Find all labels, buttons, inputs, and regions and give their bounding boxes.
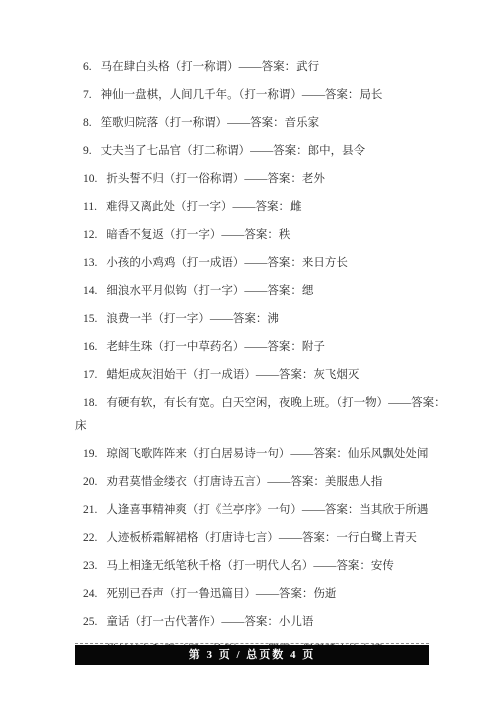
riddle-item: 9.丈夫当了七品官（打二称谓）——答案：郎中，县令 [75,140,429,163]
riddle-item: 20.劝君莫惜金缕衣（打唐诗五言）——答案：美服患人指 [75,471,429,494]
riddle-text: 笙歌归院落（打一称谓）——答案：音乐家 [101,117,320,129]
riddle-text: 童话（打一古代著作）——答案：小儿语 [106,616,313,628]
riddle-item: 17.蜡炬成灰泪始干（打一成语）——答案：灰飞烟灭 [75,364,429,387]
riddle-item: 13.小孩的小鸡鸡（打一成语）——答案：来日方长 [75,252,429,275]
riddle-number: 6. [83,56,92,79]
riddle-text: 有硬有软，有长有宽。白天空闲，夜晚上班。（打一物）——答案： [106,397,445,409]
riddle-number: 10. [83,168,97,191]
riddle-number: 13. [83,252,97,275]
riddle-text: 丈夫当了七品官（打二称谓）——答案：郎中，县令 [101,145,366,157]
riddle-text: 神仙一盘棋，人间几千年。（打一称谓）——答案：局长 [101,89,383,101]
riddle-number: 23. [83,555,97,578]
riddle-text: 老蚌生珠（打一中草药名）——答案：附子 [106,341,325,353]
riddle-item: 6.马在肆白头格（打一称谓）——答案：武行 [75,56,429,79]
riddle-item: 18.有硬有软，有长有宽。白天空闲，夜晚上班。（打一物）——答案：床 [75,392,429,438]
riddle-list: 6.马在肆白头格（打一称谓）——答案：武行 7.神仙一盘棋，人间几千年。（打一称… [75,56,429,667]
riddle-item: 11.难得又离此处（打一字）——答案：雌 [75,196,429,219]
document-page: 6.马在肆白头格（打一称谓）——答案：武行 7.神仙一盘棋，人间几千年。（打一称… [0,0,500,707]
riddle-text: 暗香不复返（打一字）——答案：秩 [106,229,290,241]
riddle-number: 7. [83,84,92,107]
riddle-text: 死别已吞声（打一鲁迅篇目）——答案：伤逝 [106,588,336,600]
riddle-item: 8.笙歌归院落（打一称谓）——答案：音乐家 [75,112,429,135]
riddle-item: 21.人逢喜事精神爽（打《兰亭序》一句）——答案：当其欣于所遇 [75,499,429,522]
riddle-number: 16. [83,336,97,359]
riddle-number: 22. [83,527,97,550]
riddle-number: 24. [83,583,97,606]
riddle-text: 难得又离此处（打一字）——答案：雌 [106,201,302,213]
riddle-text-wrap: 床 [75,415,429,438]
riddle-number: 19. [83,443,97,466]
riddle-number: 12. [83,224,97,247]
riddle-item: 16.老蚌生珠（打一中草药名）——答案：附子 [75,336,429,359]
riddle-item: 25.童话（打一古代著作）——答案：小儿语 [75,611,429,634]
page-number-text: 第 3 页 / 总页数 4 页 [189,649,316,661]
riddle-text: 劝君莫惜金缕衣（打唐诗五言）——答案：美服患人指 [106,476,382,488]
riddle-item: 12.暗香不复返（打一字）——答案：秩 [75,224,429,247]
riddle-item: 19.琼阁飞歌阵阵来（打白居易诗一句）——答案：仙乐风飘处处闻 [75,443,429,466]
riddle-number: 21. [83,499,97,522]
riddle-text: 马在肆白头格（打一称谓）——答案：武行 [101,61,320,73]
riddle-item: 15.浪费一半（打一字）——答案：沸 [75,308,429,331]
riddle-item: 23.马上相逢无纸笔秋千格（打一明代人名）——答案：安传 [75,555,429,578]
riddle-item: 7.神仙一盘棋，人间几千年。（打一称谓）——答案：局长 [75,84,429,107]
riddle-item: 10.折头誓不归（打一俗称谓）——答案：老外 [75,168,429,191]
riddle-number: 15. [83,308,97,331]
riddle-item: 22.人迹板桥霜解裙格（打唐诗七言）——答案：一行白鹭上青天 [75,527,429,550]
riddle-number: 17. [83,364,97,387]
riddle-text: 蜡炬成灰泪始干（打一成语）——答案：灰飞烟灭 [106,369,359,381]
riddle-number: 18. [83,392,97,415]
riddle-text: 浪费一半（打一字）——答案：沸 [106,313,279,325]
riddle-text: 琼阁飞歌阵阵来（打白居易诗一句）——答案：仙乐风飘处处闻 [106,448,428,460]
riddle-item: 14.细浪水平月似钩（打一字）——答案：缌 [75,280,429,303]
riddle-number: 14. [83,280,97,303]
riddle-text: 细浪水平月似钩（打一字）——答案：缌 [106,285,313,297]
riddle-number: 11. [83,196,97,219]
pagination-footer-bar: 第 3 页 / 总页数 4 页 [75,645,429,665]
riddle-number: 25. [83,611,97,634]
riddle-text: 人迹板桥霜解裙格（打唐诗七言）——答案：一行白鹭上青天 [106,532,417,544]
riddle-number: 8. [83,112,92,135]
riddle-number: 9. [83,140,92,163]
riddle-text: 马上相逢无纸笔秋千格（打一明代人名）——答案：安传 [106,560,394,572]
riddle-text: 人逢喜事精神爽（打《兰亭序》一句）——答案：当其欣于所遇 [106,504,428,516]
riddle-text: 折头誓不归（打一俗称谓）——答案：老外 [106,173,325,185]
riddle-text: 小孩的小鸡鸡（打一成语）——答案：来日方长 [106,257,348,269]
riddle-item: 24.死别已吞声（打一鲁迅篇目）——答案：伤逝 [75,583,429,606]
riddle-number: 20. [83,471,97,494]
